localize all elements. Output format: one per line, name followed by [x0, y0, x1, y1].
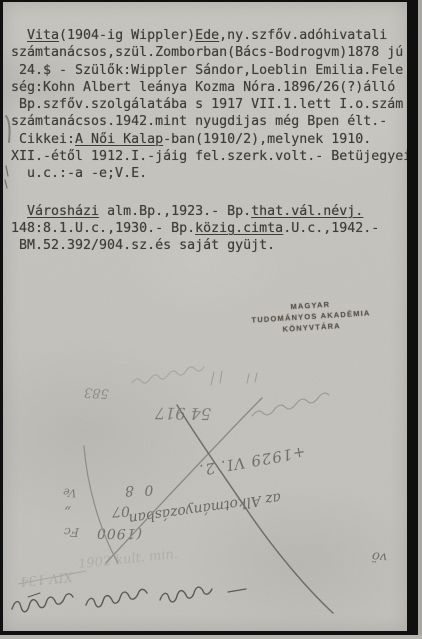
- typed-segment: XII.-étől 1912.I.-jáig fel.szerk.volt.- …: [11, 149, 407, 164]
- typed-line: Bp.szfőv.szolgálatába s 1917 VII.1.lett …: [11, 96, 407, 113]
- typed-line: Cikkei:A Női Kalap-ban(1910/2),melynek 1…: [11, 131, 407, 148]
- typed-segment: .U.c.,1942.-: [283, 221, 379, 236]
- typed-segment-underlined: A Női Kalap: [75, 132, 163, 147]
- typed-segment-underlined: Vita: [27, 28, 59, 43]
- typed-segment: Cikkei:: [19, 132, 75, 147]
- typed-line: ség:Kohn Albert leánya Kozma Nóra.1896/2…: [11, 79, 407, 96]
- typed-line: 24.$ - Szülők:Wippler Sándor,Loeblin Emi…: [11, 62, 407, 79]
- typed-line: 148:8.1.U.c.,1930.- Bp.közig.cimta.U.c.,…: [11, 220, 407, 237]
- scan-edge-right: [418, 0, 422, 639]
- scanned-catalog-card-photo: { "card": { "description_label": "typewr…: [0, 0, 422, 639]
- typed-segment: BM.52.392/904.sz.és saját gyüjt.: [19, 238, 275, 253]
- typed-segment-underlined: Ede: [195, 28, 219, 43]
- typed-segment-underlined: Városházi: [27, 204, 99, 219]
- typed-segment: számtanácsos,szül.Zomborban(Bács-Bodrogv…: [11, 45, 403, 60]
- typed-paragraph: Városházi alm.Bp.,1923.- Bp.that.vál.név…: [11, 203, 407, 255]
- typed-segment: 148:8.1.U.c.,1930.- Bp.: [11, 221, 195, 236]
- typed-segment-underlined: that.vál.névj.: [251, 204, 363, 219]
- scan-edge-bottom: [0, 635, 422, 639]
- typed-text-block: Vita(1904-ig Wippler)Ede,ny.szfőv.adóhiv…: [11, 27, 407, 255]
- typed-segment-underlined: közig.cimta: [195, 221, 283, 236]
- typed-segment: -ban(1910/2),melynek 1910.: [163, 132, 371, 147]
- typed-segment: alm.Bp.,1923.- Bp.: [99, 204, 251, 219]
- typed-line: u.c.:-a -e;V.E.: [11, 165, 407, 182]
- typed-line: BM.52.392/904.sz.és saját gyüjt.: [11, 237, 407, 254]
- typed-segment: u.c.:-a -e;V.E.: [27, 166, 147, 181]
- typed-paragraph: Vita(1904-ig Wippler)Ede,ny.szfőv.adóhiv…: [11, 27, 407, 183]
- typed-segment: (1904-ig Wippler): [59, 28, 195, 43]
- typed-line: számtanácsos,szül.Zomborban(Bács-Bodrogv…: [11, 44, 407, 61]
- typed-line: számtanácsos.1942.mint nyugdijas még Bpe…: [11, 113, 407, 130]
- typed-segment: Bp.szfőv.szolgálatába s 1917 VII.1.lett …: [19, 97, 403, 112]
- typed-line: Városházi alm.Bp.,1923.- Bp.that.vál.név…: [11, 203, 407, 220]
- typed-segment: 24.$ - Szülők:Wippler Sándor,Loeblin Emi…: [19, 63, 403, 78]
- typed-line: XII.-étől 1912.I.-jáig fel.szerk.volt.- …: [11, 148, 407, 165]
- typed-segment: számtanácsos.1942.mint nyugdijas még Bpe…: [11, 114, 387, 129]
- typed-line: Vita(1904-ig Wippler)Ede,ny.szfőv.adóhiv…: [11, 27, 407, 44]
- typed-segment: ,ny.szfőv.adóhivatali: [219, 28, 387, 43]
- typed-segment: ség:Kohn Albert leánya Kozma Nóra.1896/2…: [11, 80, 395, 95]
